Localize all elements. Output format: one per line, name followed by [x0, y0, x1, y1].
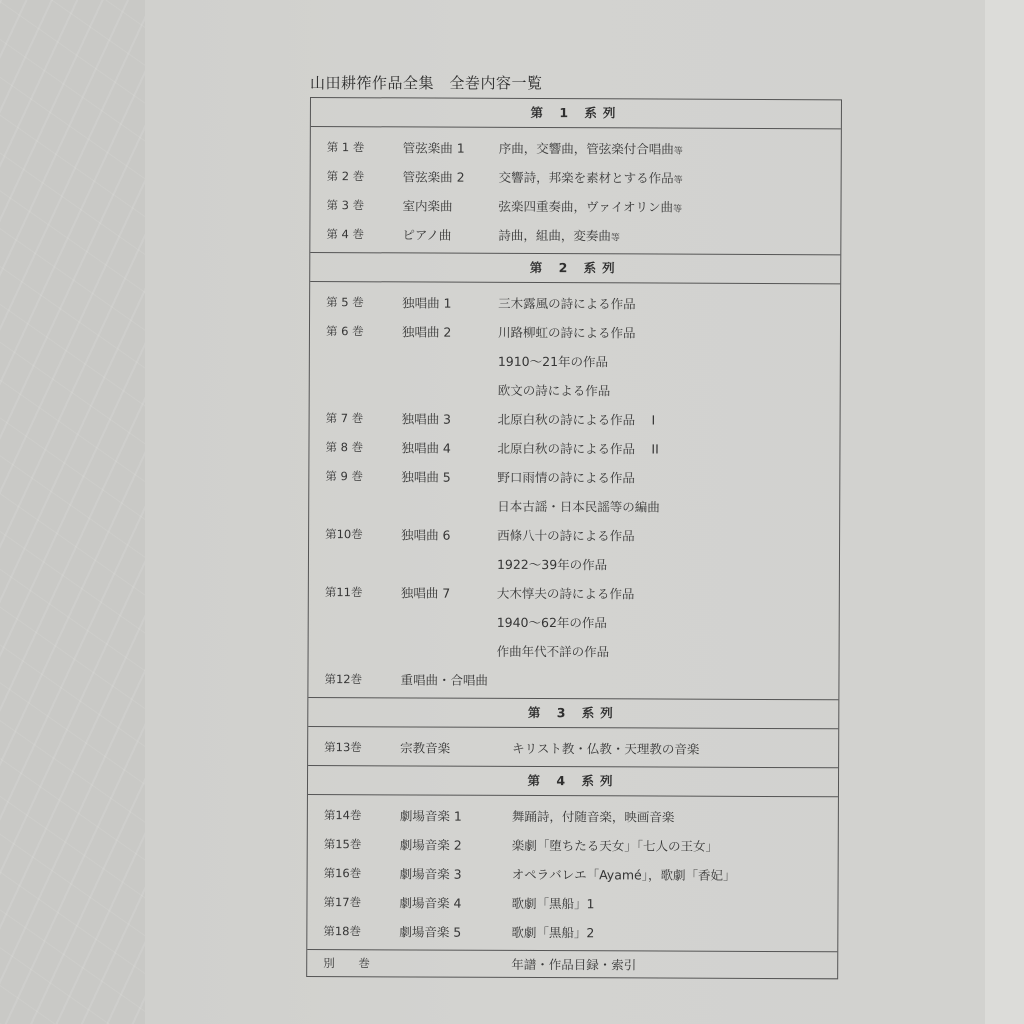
series-body: 第 5 巻 独唱曲 1 三木露風の詩による作品 第 6 巻 独唱曲 2 川路柳虹… — [308, 282, 840, 700]
volume-number: 第 2 巻 — [311, 168, 403, 184]
volume-number: 第18巻 — [307, 922, 399, 938]
genre: ピアノ曲 — [402, 225, 498, 243]
genre: 独唱曲 2 — [402, 322, 498, 340]
table-row: 作曲年代不詳の作品 — [309, 635, 839, 666]
description: 1940〜62年の作品 — [497, 612, 839, 631]
description: 野口雨情の詩による作品 — [497, 467, 839, 486]
document-title: 山田耕筰作品全集 全巻内容一覧 — [310, 72, 543, 93]
table-row: 第16巻 劇場音楽 3 オペラバレエ「Ayamé」，歌劇「香妃」 — [308, 858, 838, 889]
genre: 独唱曲 5 — [401, 467, 497, 485]
supplement-row: 別 巻 年譜・作品目録・索引 — [307, 950, 837, 978]
series-body: 第14巻 劇場音楽 1 舞踊詩，付随音楽，映画音楽 第15巻 劇場音楽 2 楽劇… — [307, 795, 838, 952]
description: 年譜・作品目録・索引 — [399, 954, 837, 974]
series-heading: 第 3 系列 — [308, 698, 838, 729]
volume-number: 第 1 巻 — [311, 139, 403, 155]
volume-number: 別 巻 — [307, 955, 399, 971]
description: 作曲年代不詳の作品 — [497, 641, 839, 660]
description: 詩曲，組曲，変奏曲等 — [498, 225, 840, 244]
volume-number: 第17巻 — [307, 893, 399, 909]
description: 西條八十の詩による作品 — [497, 525, 839, 544]
genre: 劇場音楽 4 — [399, 893, 511, 911]
table-row: 第18巻 劇場音楽 5 歌劇「黒船」2 — [307, 916, 837, 947]
genre: 独唱曲 4 — [401, 438, 497, 456]
volume-number: 第 3 巻 — [310, 197, 402, 213]
series-heading: 第 1 系列 — [311, 98, 841, 129]
volume-number: 第12巻 — [308, 670, 400, 686]
genre: 室内楽曲 — [402, 196, 498, 214]
table-row: 第 3 巻 室内楽曲 弦楽四重奏曲，ヴァイオリン曲等 — [310, 190, 840, 221]
table-row: 第 8 巻 独唱曲 4 北原白秋の詩による作品 II — [309, 432, 839, 463]
volume-number: 第14巻 — [308, 806, 400, 822]
description: キリスト教・仏教・天理教の音楽 — [512, 738, 838, 757]
table-row: 第 5 巻 独唱曲 1 三木露風の詩による作品 — [310, 287, 840, 318]
table-row: 第 4 巻 ピアノ曲 詩曲，組曲，変奏曲等 — [310, 219, 840, 250]
volume-number: 第15巻 — [308, 835, 400, 851]
table-row: 第 6 巻 独唱曲 2 川路柳虹の詩による作品 — [310, 316, 840, 347]
volume-number: 第11巻 — [309, 583, 401, 599]
genre: 重唱曲・合唱曲 — [400, 670, 512, 688]
description: 川路柳虹の詩による作品 — [498, 322, 840, 341]
series-heading: 第 4 系列 — [308, 766, 838, 797]
table-row: 1940〜62年の作品 — [309, 606, 839, 637]
volume-number: 第 7 巻 — [310, 410, 402, 426]
table-row: 第 7 巻 独唱曲 3 北原白秋の詩による作品 I — [310, 403, 840, 434]
volume-number: 第 9 巻 — [309, 468, 401, 484]
contents-table: 第 1 系列 第 1 巻 管弦楽曲 1 序曲，交響曲，管弦楽付合唱曲等 第 2 … — [306, 97, 842, 979]
table-row: 第17巻 劇場音楽 4 歌劇「黒船」1 — [307, 887, 837, 918]
description: 1910〜21年の作品 — [498, 351, 840, 370]
description — [512, 679, 838, 680]
table-row: 欧文の詩による作品 — [310, 374, 840, 405]
description: 歌劇「黒船」2 — [511, 922, 837, 941]
table-row: 日本古謡・日本民謡等の編曲 — [309, 490, 839, 521]
book-cover-edge — [0, 0, 145, 1024]
genre: 独唱曲 6 — [401, 525, 497, 543]
series-body: 第13巻 宗教音楽 キリスト教・仏教・天理教の音楽 — [308, 727, 838, 768]
volume-number: 第 6 巻 — [310, 323, 402, 339]
volume-number: 第13巻 — [308, 738, 400, 754]
table-row: 第 1 巻 管弦楽曲 1 序曲，交響曲，管弦楽付合唱曲等 — [311, 132, 841, 163]
table-row: 第12巻 重唱曲・合唱曲 — [308, 664, 838, 695]
table-row: 第11巻 独唱曲 7 大木惇夫の詩による作品 — [309, 577, 839, 608]
series-heading: 第 2 系列 — [310, 253, 840, 284]
table-row: 第15巻 劇場音楽 2 楽劇「堕ちたる天女」「七人の王女」 — [308, 829, 838, 860]
genre: 独唱曲 3 — [402, 409, 498, 427]
table-row: 第13巻 宗教音楽 キリスト教・仏教・天理教の音楽 — [308, 732, 838, 763]
description: 欧文の詩による作品 — [498, 380, 840, 399]
table-row: 第 2 巻 管弦楽曲 2 交響詩，邦楽を素材とする作品等 — [311, 161, 841, 192]
description: 北原白秋の詩による作品 I — [498, 409, 840, 428]
page-edge — [985, 0, 1024, 1024]
volume-number: 第 8 巻 — [309, 439, 401, 455]
table-row: 第14巻 劇場音楽 1 舞踊詩，付随音楽，映画音楽 — [308, 800, 838, 831]
description: 交響詩，邦楽を素材とする作品等 — [499, 167, 841, 186]
genre: 劇場音楽 3 — [400, 864, 512, 882]
genre: 劇場音楽 2 — [400, 835, 512, 853]
genre: 劇場音楽 1 — [400, 806, 512, 824]
genre: 独唱曲 7 — [401, 583, 497, 601]
genre: 管弦楽曲 2 — [403, 167, 499, 185]
table-row: 1910〜21年の作品 — [310, 345, 840, 376]
table-row: 第 9 巻 独唱曲 5 野口雨情の詩による作品 — [309, 461, 839, 492]
description: 北原白秋の詩による作品 II — [497, 438, 839, 457]
description: 三木露風の詩による作品 — [498, 293, 840, 312]
description: 序曲，交響曲，管弦楽付合唱曲等 — [499, 138, 841, 157]
volume-number: 第 5 巻 — [310, 294, 402, 310]
description: 1922〜39年の作品 — [497, 554, 839, 573]
series-body: 第 1 巻 管弦楽曲 1 序曲，交響曲，管弦楽付合唱曲等 第 2 巻 管弦楽曲 … — [310, 127, 841, 255]
description: 舞踊詩，付随音楽，映画音楽 — [512, 806, 838, 825]
genre: 劇場音楽 5 — [399, 922, 511, 940]
description: オペラバレエ「Ayamé」，歌劇「香妃」 — [512, 864, 838, 883]
genre: 管弦楽曲 1 — [403, 138, 499, 156]
description: 大木惇夫の詩による作品 — [497, 583, 839, 602]
description: 楽劇「堕ちたる天女」「七人の王女」 — [512, 835, 838, 854]
volume-number: 第16巻 — [308, 864, 400, 880]
volume-number: 第10巻 — [309, 526, 401, 542]
table-row: 第10巻 独唱曲 6 西條八十の詩による作品 — [309, 519, 839, 550]
genre: 独唱曲 1 — [402, 293, 498, 311]
description: 歌劇「黒船」1 — [511, 893, 837, 912]
volume-number: 第 4 巻 — [310, 226, 402, 242]
table-row: 1922〜39年の作品 — [309, 548, 839, 579]
description: 弦楽四重奏曲，ヴァイオリン曲等 — [498, 196, 840, 215]
genre: 宗教音楽 — [400, 738, 512, 756]
description: 日本古謡・日本民謡等の編曲 — [497, 496, 839, 515]
